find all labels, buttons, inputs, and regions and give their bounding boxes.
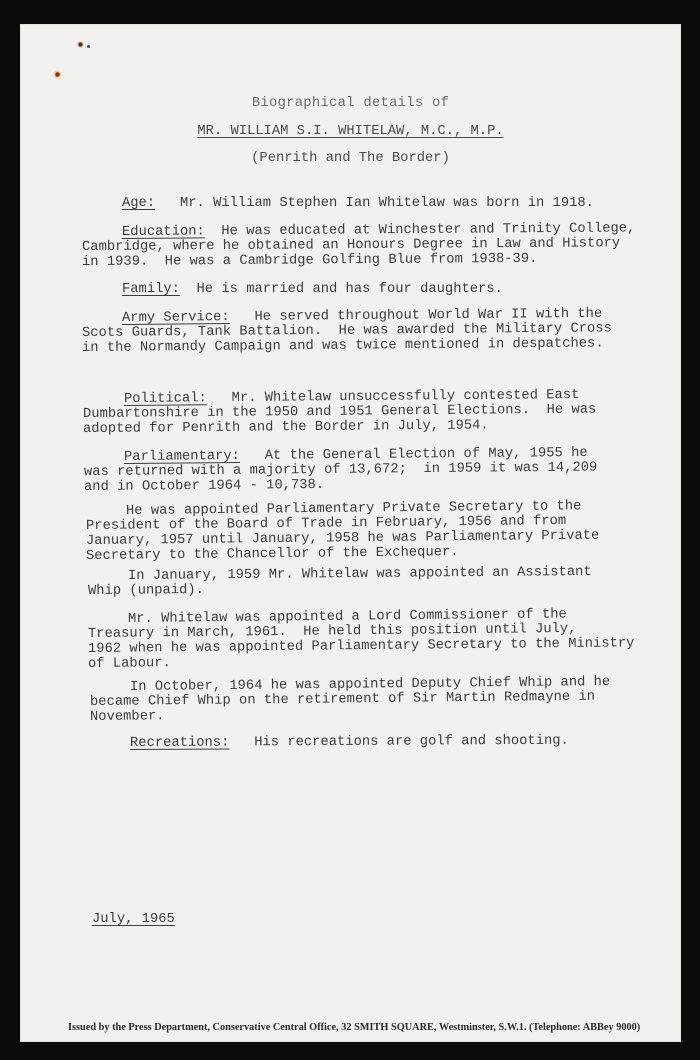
section-recreations: Recreations: His recreations are golf an… xyxy=(130,734,569,751)
section-age: Age: Mr. William Stephen Ian Whitelaw wa… xyxy=(122,196,594,211)
section-text: Mr. William Stephen Ian Whitelaw was bor… xyxy=(180,196,594,211)
section-label: Army Service: xyxy=(122,310,230,326)
section-label: Political: xyxy=(124,391,207,407)
document-page: Biographical details of MR. WILLIAM S.I.… xyxy=(20,24,681,1042)
section-family: Family: He is married and has four daugh… xyxy=(122,282,503,297)
document-date: July, 1965 xyxy=(92,912,175,927)
stain-mark xyxy=(53,70,62,79)
paragraph-line: Secretary to the Chancellor of the Exche… xyxy=(86,545,459,564)
stain-mark xyxy=(77,41,84,48)
paragraph-line: In January, 1959 Mr. Whitelaw was appoin… xyxy=(128,565,592,584)
section-text: His recreations are golf and shooting. xyxy=(254,734,569,751)
paragraph-line: Whip (unpaid). xyxy=(88,583,204,599)
section-line: was returned with a majority of 13,672; … xyxy=(84,461,597,480)
section-label: Family: xyxy=(122,282,180,297)
section-label: Parliamentary: xyxy=(124,449,240,465)
issuer-footer: Issued by the Press Department, Conserva… xyxy=(68,1022,640,1033)
section-line: in 1939. He was a Cambridge Golfing Blue… xyxy=(82,252,537,270)
paragraph-line: of Labour. xyxy=(88,656,171,672)
section-line: and in October 1964 - 10,738. xyxy=(84,478,324,495)
document-heading: Biographical details of xyxy=(20,96,681,111)
section-label: Recreations: xyxy=(130,735,229,751)
constituency: (Penrith and The Border) xyxy=(20,151,681,166)
section-label: Age: xyxy=(122,196,155,211)
section-label: Education: xyxy=(122,224,205,240)
section-line: adopted for Penrith and the Border in Ju… xyxy=(83,418,489,437)
subject-name: MR. WILLIAM S.I. WHITELAW, M.C., M.P. xyxy=(20,124,681,139)
stain-mark xyxy=(87,45,90,48)
subject-name-text: MR. WILLIAM S.I. WHITELAW, M.C., M.P. xyxy=(197,124,503,139)
section-line: in the Normandy Campaign and was twice m… xyxy=(82,336,604,356)
paragraph-line: November. xyxy=(90,709,165,725)
